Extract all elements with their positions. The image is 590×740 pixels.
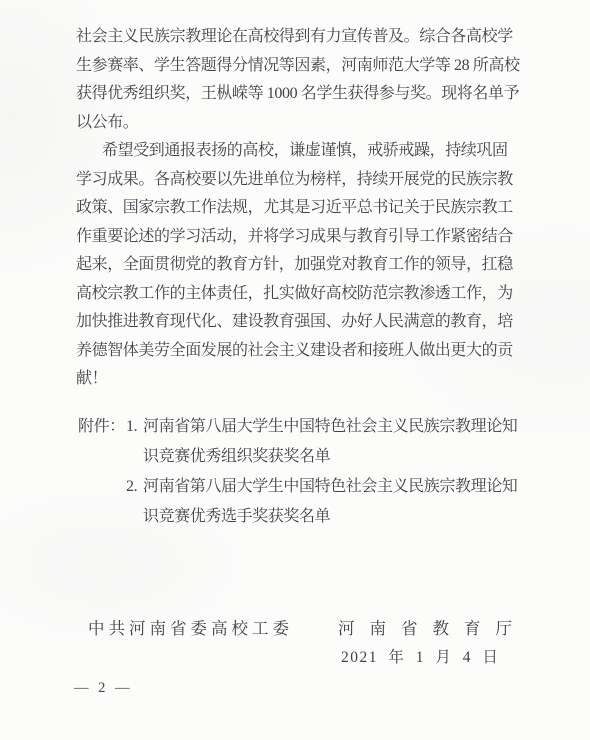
issuer-org-education-department: 河南省教育厅 xyxy=(338,618,527,640)
paragraph-expectations: 希望受到通报表扬的高校，谦虚谨慎，戒骄戒躁，持续巩固 学习成果。各高校要以先进单… xyxy=(76,137,536,394)
attachment-item-1: 附件： 1. 河南省第八届大学生中国特色社会主义民族宗教理论知 识竞赛优秀组织奖… xyxy=(78,412,548,472)
document-body: 社会主义民族宗教理论在高校得到有力宣传普及。综合各高校学 生参赛率、学生答题得分… xyxy=(76,23,536,394)
attachment-1-title: 河南省第八届大学生中国特色社会主义民族宗教理论知 识竞赛优秀组织奖获奖名单 xyxy=(143,412,525,472)
issue-date: 2021 年 1 月 4 日 xyxy=(341,648,499,668)
issuer-org-party-committee: 中共河南省委高校工委 xyxy=(88,618,293,640)
scanned-notice-page: 社会主义民族宗教理论在高校得到有力宣传普及。综合各高校学 生参赛率、学生答题得分… xyxy=(0,0,590,740)
attachment-2-title: 河南省第八届大学生中国特色社会主义民族宗教理论知 识竞赛优秀选手奖获奖名单 xyxy=(143,472,525,532)
attachment-list: 附件： 1. 河南省第八届大学生中国特色社会主义民族宗教理论知 识竞赛优秀组织奖… xyxy=(78,412,548,532)
attachment-2-number: 2. xyxy=(126,472,143,502)
page-number: — 2 — xyxy=(74,679,133,697)
signature-line: 中共河南省委高校工委 河南省教育厅 xyxy=(88,618,512,640)
attachment-label: 附件： xyxy=(78,412,126,442)
attachment-1-number: 1. xyxy=(126,412,143,442)
paragraph-award-announcement: 社会主义民族宗教理论在高校得到有力宣传普及。综合各高校学 生参赛率、学生答题得分… xyxy=(76,23,536,137)
attachment-item-2: 2. 河南省第八届大学生中国特色社会主义民族宗教理论知 识竞赛优秀选手奖获奖名单 xyxy=(78,472,548,532)
